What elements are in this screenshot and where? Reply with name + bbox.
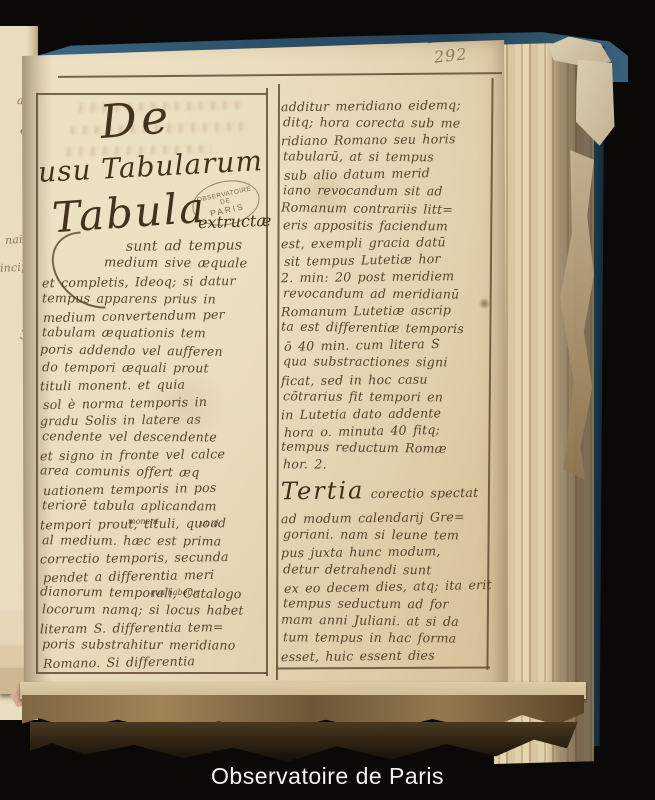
manuscript-line: cõtrarius fit tempori en bbox=[283, 387, 491, 406]
manuscript-line: teriorē tabula aplicandam bbox=[42, 497, 270, 516]
manuscript-page: 292 OBSERVATOIRE DE PARIS De usu Tabular… bbox=[22, 40, 508, 708]
manuscript-line: pus juxta hunc modum, bbox=[281, 542, 489, 562]
manuscript-line: esset, huic essent dies bbox=[281, 645, 489, 665]
manuscript-line: Romanum contrariis litt= bbox=[281, 198, 489, 218]
heading-word-de: De bbox=[98, 89, 175, 149]
manuscript-line: sunt ad tempus bbox=[126, 237, 268, 256]
manuscript-line: tempus reductum Romæ bbox=[281, 437, 489, 457]
manuscript-line: medium sive æquale bbox=[104, 255, 270, 273]
folio-number: 292 bbox=[433, 44, 468, 66]
manuscript-line: tum tempus in hac forma bbox=[283, 629, 491, 648]
interlinear-correction: monent bbox=[128, 517, 159, 526]
right-column-bottom-rule bbox=[277, 666, 490, 669]
left-column-left-rule bbox=[36, 93, 38, 673]
interlinear-correction: ut id bbox=[200, 519, 219, 528]
page-top-rule bbox=[58, 72, 502, 78]
column-gutter-rule bbox=[276, 84, 280, 680]
manuscript-line: tabulam æquationis tem bbox=[42, 324, 270, 343]
manuscript-line: locorum namq; si locus habet bbox=[42, 600, 270, 619]
section-lead-rest: corectio spectat bbox=[371, 485, 479, 501]
manuscript-line: et completis, Ideoq; si datur bbox=[42, 271, 268, 291]
section-initial-word: Tertia bbox=[281, 476, 365, 505]
manuscript-line: Romano. Si differentia bbox=[43, 651, 271, 673]
manuscript-line: eris appositis faciendum bbox=[283, 216, 491, 235]
manuscript-line: additur meridiano eidemq; bbox=[281, 96, 489, 116]
right-text-column: additur meridiano eidemq;ditq; hora core… bbox=[281, 97, 489, 473]
left-text-column: sunt ad tempusmedium sive æqualeet compl… bbox=[40, 238, 268, 670]
left-column-bottom-rule bbox=[36, 672, 267, 674]
manuscript-line: qua substractiones signi bbox=[283, 353, 491, 372]
manuscript-line: Tertia corectio spectat bbox=[281, 481, 489, 511]
photo-of-manuscript: aniestcosnaireincipent31 292 OBSERVATOIR… bbox=[0, 0, 655, 800]
tertia-lines: ad modum calendarij Gre=goriani. nam si … bbox=[281, 509, 489, 664]
manuscript-line: 2. min: 20 post meridiem bbox=[281, 267, 489, 287]
image-caption: Observatoire de Paris bbox=[0, 752, 655, 800]
manuscript-line: ficat, sed in hoc casu bbox=[281, 369, 489, 389]
manuscript-line: cendente vel descendente bbox=[42, 427, 270, 446]
caption-text: Observatoire de Paris bbox=[211, 763, 444, 790]
manuscript-line: iano revocandum sit ad bbox=[283, 182, 491, 201]
interlinear-correction: qua habetur bbox=[150, 588, 200, 597]
manuscript-line: hor. 2. bbox=[283, 455, 491, 474]
manuscript-line: literam S. differentia tem= bbox=[40, 617, 268, 637]
heading-extructa: extructæ bbox=[198, 211, 272, 233]
tertia-section: Tertia corectio spectat ad modum calenda… bbox=[281, 482, 489, 664]
